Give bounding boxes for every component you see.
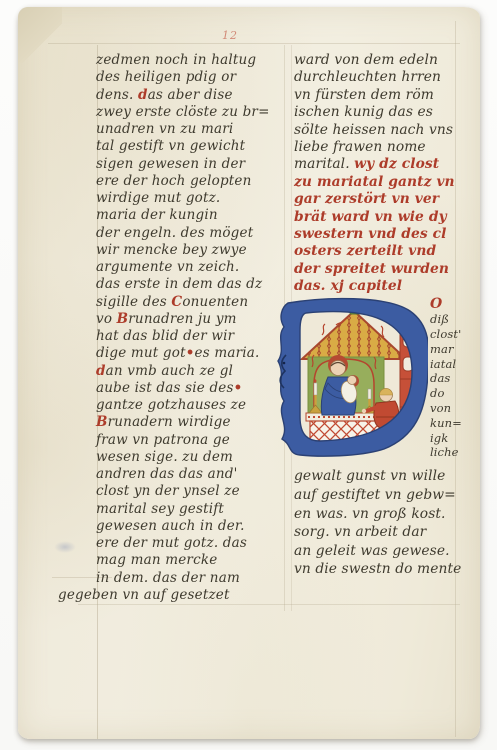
margin-smudge — [54, 541, 76, 553]
manuscript-line: gegeben vn auf gesetzet — [58, 587, 296, 604]
manuscript-line: gewalt gunst vn wille — [294, 467, 466, 486]
manuscript-line: andren das das and' — [96, 466, 296, 483]
manuscript-line: ward von dem edeln — [294, 52, 466, 69]
right-text-column: ward von dem edelndurchleuchten hrrenvn … — [294, 52, 466, 579]
manuscript-line: von — [430, 401, 466, 416]
manuscript-line: sorg. vn arbeit dar — [294, 523, 466, 542]
corner-fold — [18, 7, 62, 63]
initial-side-text: Odißclost'mariataldasdovonkun=igkliche — [430, 297, 466, 460]
manuscript-line: zwey erste clöste zu br= — [96, 104, 296, 121]
manuscript-line: kun= — [430, 416, 466, 431]
manuscript-line: marital. wy dz clost — [294, 156, 466, 173]
manuscript-line: zedmen noch in haltug — [96, 52, 296, 69]
manuscript-line: vn fürsten dem röm — [294, 87, 466, 104]
manuscript-line: mag man mercke — [96, 552, 296, 569]
manuscript-line: gar zerstört vn ver — [294, 191, 466, 208]
folio-number: 12 — [222, 29, 238, 42]
manuscript-line: clost' — [430, 327, 466, 342]
manuscript-line: der engeln. des möget — [96, 225, 296, 242]
manuscript-line: durchleuchten hrren — [294, 69, 466, 86]
manuscript-line: do — [430, 386, 466, 401]
right-column-rubric-block: ward von dem edelndurchleuchten hrrenvn … — [294, 52, 466, 295]
manuscript-line: osters zerteilt vnd — [294, 243, 466, 260]
historiated-initial-row: Odißclost'mariataldasdovonkun=igkliche — [264, 297, 466, 459]
manuscript-line: liebe frawen nome — [294, 139, 466, 156]
manuscript-line: des heiligen pdig or — [96, 69, 296, 86]
manuscript-line: an geleit was gewese. — [294, 542, 466, 561]
manuscript-line: clost yn der ynsel ze — [96, 483, 296, 500]
manuscript-line: liche — [430, 445, 466, 460]
manuscript-line: igk — [430, 431, 466, 446]
manuscript-line: gewesen auch in der. — [96, 518, 296, 535]
manuscript-line: iatal — [430, 357, 466, 372]
manuscript-line: swestern vnd des cl — [294, 226, 466, 243]
manuscript-line: ere der mut gotz. das — [96, 535, 296, 552]
manuscript-line: ischen kunig das es — [294, 104, 466, 121]
manuscript-line: en was. vn groß kost. — [294, 505, 466, 524]
manuscript-line: das — [430, 371, 466, 386]
right-column-bottom-block: gewalt gunst vn willeauf gestiftet vn ge… — [294, 467, 466, 579]
manuscript-line: der spreitet wurden — [294, 261, 466, 278]
parchment-leaf: 12 zedmen noch in haltugdes heiligen pdi… — [18, 7, 480, 739]
manuscript-line: das erste in dem das dz — [96, 276, 296, 293]
manuscript-line: sigen gewesen in der — [96, 156, 296, 173]
manuscript-line: mar — [430, 342, 466, 357]
manuscript-line: marital sey gestift — [96, 501, 296, 518]
manuscript-line: dens. das aber dise — [96, 87, 296, 104]
manuscript-line: auf gestiftet vn gebw= — [294, 486, 466, 505]
ruling-line-top — [48, 43, 460, 44]
manuscript-line: ere der hoch gelopten — [96, 173, 296, 190]
historiated-initial-d-madonna-and-child — [264, 297, 428, 457]
manuscript-line: tal gestift vn gewicht — [96, 138, 296, 155]
manuscript-line: argumente vn zeich. — [96, 259, 296, 276]
manuscript-line: in dem. das der nam — [96, 570, 296, 587]
manuscript-line: das. xj capitel — [294, 278, 466, 295]
manuscript-line: sölte heissen nach vns — [294, 122, 466, 139]
manuscript-line: wir mencke bey zwye — [96, 242, 296, 259]
manuscript-line: vn die swestn do mente — [294, 560, 466, 579]
manuscript-line: brät ward vn wie dy — [294, 209, 466, 226]
manuscript-line: wirdige mut gotz. — [96, 190, 296, 207]
manuscript-line: unadren vn zu mari — [96, 121, 296, 138]
manuscript-line: zu mariatal gantz vn — [294, 174, 466, 191]
ruling-line-bottom — [78, 604, 460, 605]
manuscript-photo: 12 zedmen noch in haltugdes heiligen pdi… — [0, 0, 497, 750]
manuscript-line: maria der kungin — [96, 207, 296, 224]
manuscript-line: diß — [430, 312, 466, 327]
manuscript-line: O — [430, 297, 466, 312]
